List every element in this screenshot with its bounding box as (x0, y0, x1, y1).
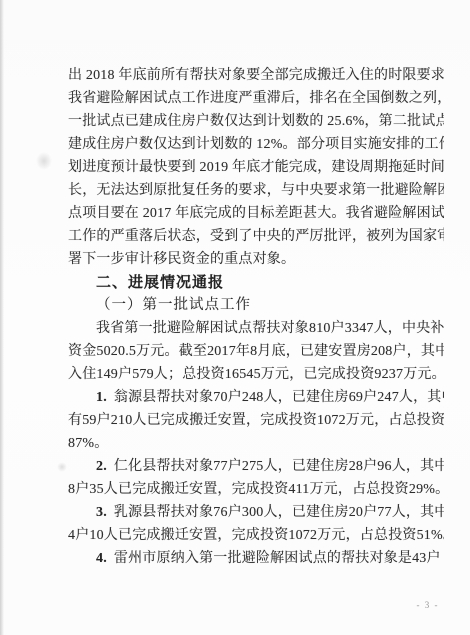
item-number: 1. (96, 390, 107, 405)
paragraph-line: 建成住房户数仅达到计划数的 12%。部分项目实施安排的工作计 (68, 133, 444, 156)
document-page: 出 2018 年底前所有帮扶对象要全部完成搬迁入住的时限要求。 我省避险解困试点… (0, 0, 470, 635)
numbered-item-line: 3.乳源县帮扶对象76户300人，已建住房20户77人，其中有 (68, 501, 444, 524)
item-text: 雷州市原纳入第一批避险解困试点的帮扶对象是43户 (114, 551, 441, 566)
scan-smudge (57, 462, 67, 472)
paragraph-line: 我省第一批避险解困试点帮扶对象810户3347人，中央补助 (68, 317, 444, 340)
scan-edge-shadow (0, 0, 4, 635)
item-text: 翁源县帮扶对象70户248人，已建住房69户247人，其中 (114, 390, 444, 405)
paragraph-line: 资金5020.5万元。截至2017年8月底，已建安置房208户，其中已 (68, 340, 444, 363)
subsection-heading: （一）第一批试点工作 (68, 294, 444, 317)
item-number: 4. (96, 551, 107, 566)
item-text: 仁化县帮扶对象77户275人，已建住房28户96人，其中有 (114, 459, 444, 474)
paragraph-line: 我省避险解困试点工作进度严重滞后，排名在全国倒数之列，第 (68, 87, 444, 110)
paragraph-line: 署下一步审计移民资金的重点对象。 (68, 248, 444, 271)
paragraph-line: 有59户210人已完成搬迁安置，完成投资1072万元，占总投资 (68, 409, 444, 432)
paragraph-line: 87%。 (68, 432, 444, 455)
item-number: 3. (96, 505, 107, 520)
page-number: - 3 - (417, 600, 440, 610)
paragraph-line: 一批试点已建成住房户数仅达到计划数的 25.6%，第二批试点已 (68, 110, 444, 133)
item-text: 乳源县帮扶对象76户300人，已建住房20户77人，其中有 (114, 505, 444, 520)
paragraph-line: 长，无法达到原批复任务的要求，与中央要求第一批避险解困试 (68, 179, 444, 202)
paragraph-line: 入住149户579人；总投资16545万元，已完成投资9237万元。 (68, 363, 444, 386)
numbered-item-line: 4.雷州市原纳入第一批避险解困试点的帮扶对象是43户 (68, 547, 444, 570)
document-body: 出 2018 年底前所有帮扶对象要全部完成搬迁入住的时限要求。 我省避险解困试点… (68, 64, 444, 570)
paragraph-line: 8户35人已完成搬迁安置，完成投资411万元，占总投资29%。 (68, 478, 444, 501)
section-heading: 二、进展情况通报 (68, 271, 444, 294)
numbered-item-line: 1.翁源县帮扶对象70户248人，已建住房69户247人，其中 (68, 386, 444, 409)
paragraph-line: 划进度预计最快要到 2019 年底才能完成，建设周期拖延时间过 (68, 156, 444, 179)
paragraph-line: 4户10人已完成搬迁安置，完成投资1072万元，占总投资51%。 (68, 524, 444, 547)
paragraph-line: 工作的严重落后状态，受到了中央的严厉批评，被列为国家审计 (68, 225, 444, 248)
scan-smudge (36, 152, 52, 170)
paragraph-line: 出 2018 年底前所有帮扶对象要全部完成搬迁入住的时限要求。 (68, 64, 444, 87)
item-number: 2. (96, 459, 107, 474)
paragraph-line: 点项目要在 2017 年底完成的目标差距甚大。我省避险解困试点 (68, 202, 444, 225)
numbered-item-line: 2.仁化县帮扶对象77户275人，已建住房28户96人，其中有 (68, 455, 444, 478)
